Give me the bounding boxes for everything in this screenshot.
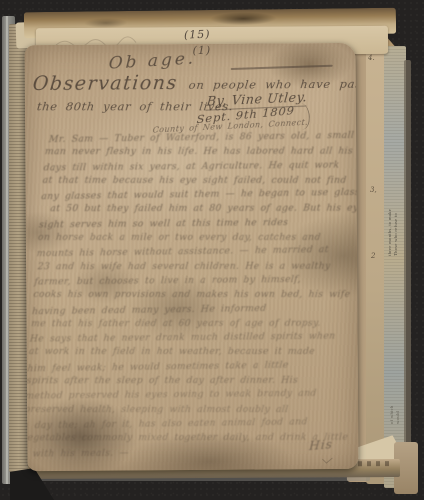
newspaper-text-fragment: of which would [389,304,401,424]
manuscript-line: at 50 but they failed him at 80 years of… [50,202,359,217]
newspaper-text-line: Those who refuse to [393,213,398,256]
manuscript-line: days till within six years, at Agricultu… [43,158,358,175]
newspaper-text: three months, to make Those who refuse t… [387,150,399,256]
manuscript-title: Observations on people who have passed [32,71,359,95]
title-lead-word: Observations [32,72,179,95]
manuscript-line: man never fleshy in his life. He has lab… [44,145,358,160]
signature-flourish [321,457,333,465]
manuscript-page: (1) Ob age. Observations on people who h… [25,43,359,471]
newspaper-text-line: three months, to make [387,209,392,256]
manuscript-line: method preserved his eyes owing to weak … [25,387,348,404]
stack-number: (15) [184,28,211,42]
manuscript-line: with his meals. — [32,444,343,461]
newspaper-text-line: of which [389,405,394,424]
archive-photo: three months, to make Those who refuse t… [0,0,424,500]
title-rest: on people who have passed [188,77,358,92]
pencil-mark: 2 [371,252,375,260]
ink-rule-line [231,65,333,70]
pencil-mark: 3, [370,186,377,194]
signature: His [309,437,334,453]
newspaper-clipping-strip: three months, to make Those who refuse t… [384,46,406,488]
docket-title: Ob age. [108,49,196,74]
page-edge-sliver [404,60,411,476]
pencil-mark: 4. [368,54,375,62]
manuscript-body: Mr. Sam — Tuber of Waterford, is 86 year… [25,130,359,461]
manuscript-line: vegetables commonly mixed together daily… [25,431,345,446]
newspaper-text-line: would [395,411,400,424]
